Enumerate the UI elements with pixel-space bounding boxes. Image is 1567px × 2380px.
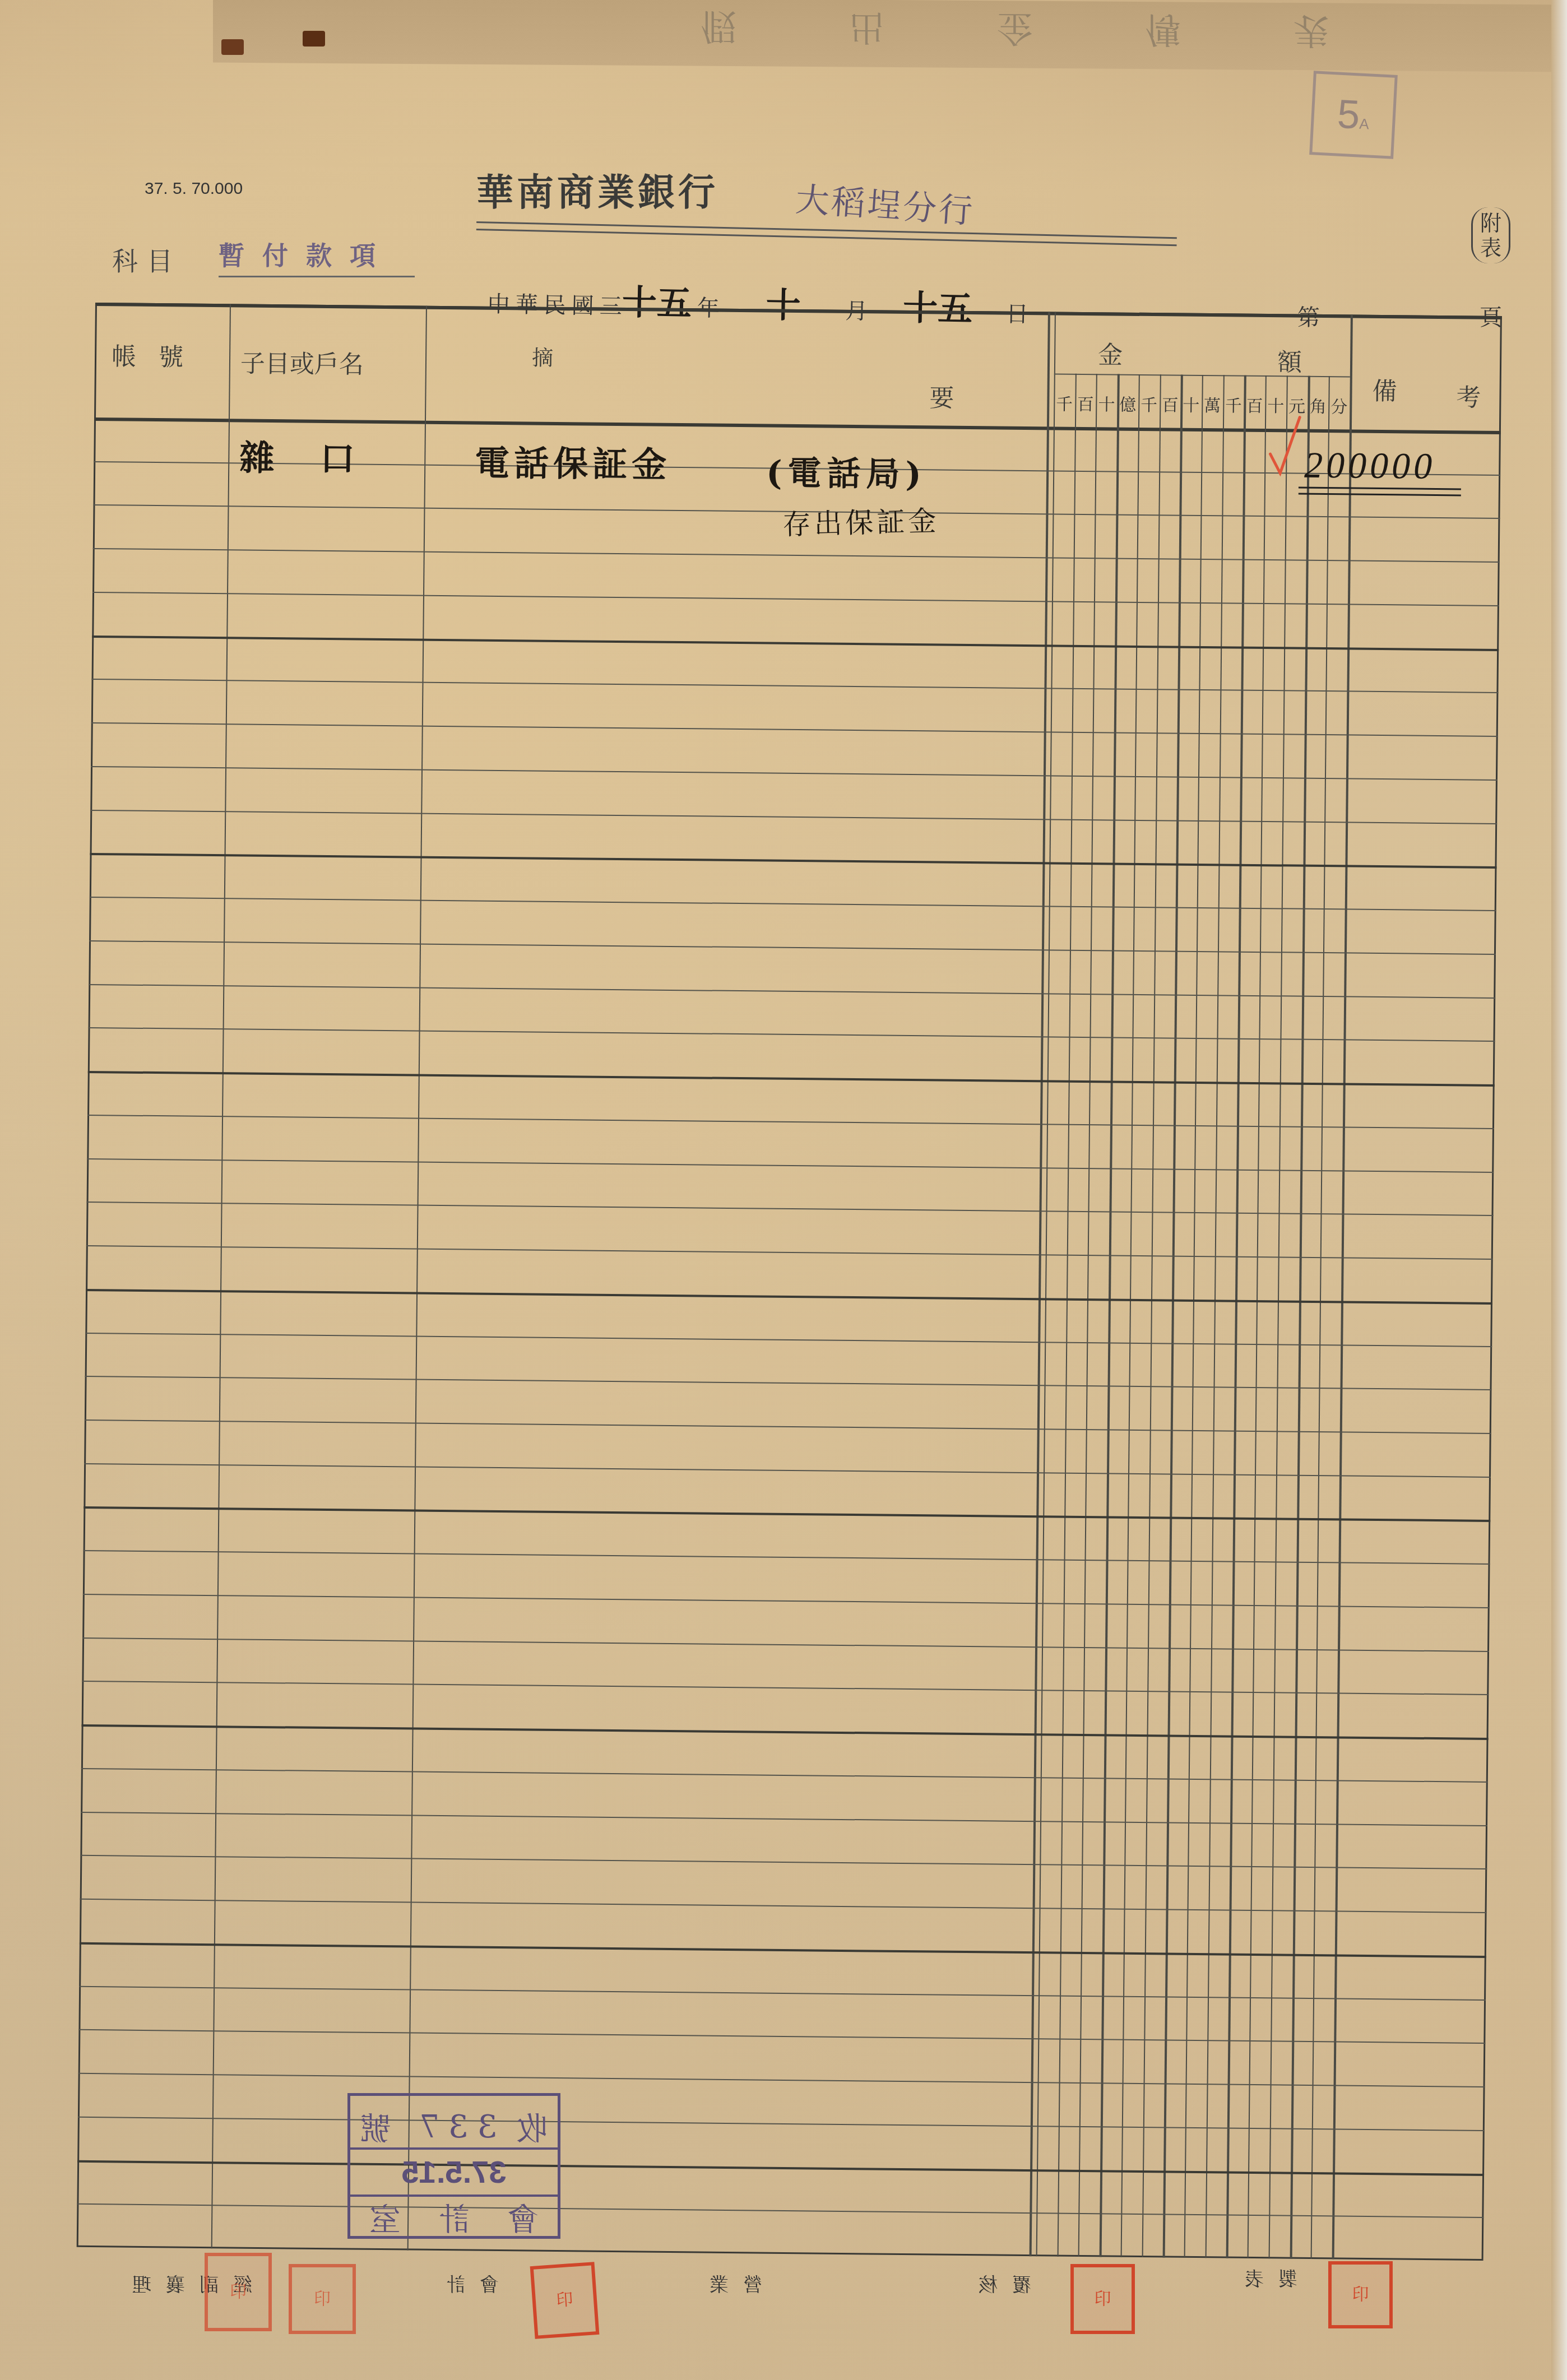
- staple-hole: [221, 39, 244, 55]
- row-1-summary[interactable]: 電話保証金: [475, 435, 671, 487]
- digit-header: 十: [1181, 392, 1201, 416]
- header-summary-2: 要: [929, 378, 954, 414]
- scan-edge: [1551, 0, 1567, 2380]
- digit-header: 百: [1160, 391, 1180, 416]
- digit-header: 十: [1265, 392, 1286, 417]
- bank-name: 華南商業銀行: [476, 163, 718, 216]
- red-seal-manager-2: 印: [289, 2264, 356, 2334]
- receipt-stamp-number-row: 收 337 號: [350, 2107, 558, 2146]
- subject-field: 科目 暫付款項: [112, 241, 182, 278]
- header-sub-account: 子目或戶名: [240, 343, 364, 380]
- digit-header: 十: [1096, 391, 1116, 415]
- digit-header: 角: [1308, 393, 1328, 417]
- header-remarks-1: 備: [1372, 371, 1397, 407]
- form-code: 37. 5. 70.000: [145, 179, 243, 198]
- digit-header: 分: [1329, 393, 1349, 417]
- header-amount-2: 額: [1277, 342, 1302, 378]
- stamp-divider: [350, 2147, 558, 2150]
- bleed-through-text: 假 出 金 傳 表: [701, 3, 1379, 59]
- archive-stamp: 5A: [1309, 71, 1398, 159]
- digit-header: 千: [1223, 392, 1244, 416]
- red-seal-preparer: 印: [1328, 2261, 1393, 2328]
- signature-preparer: 製表: [1230, 2264, 1297, 2291]
- row-1-amount[interactable]: 200000: [1304, 444, 1436, 488]
- digit-header: 億: [1118, 391, 1138, 416]
- subject-label: 科目: [112, 246, 182, 276]
- red-seal-manager-1: 印: [205, 2253, 272, 2331]
- header-amount-1: 金: [1098, 335, 1123, 370]
- voucher-table: 帳號 子目或戶名 摘 要 金 額 備 考 千百十億千百十萬千百十元角分 雜 口 …: [77, 303, 1502, 2261]
- row-1-summary-note[interactable]: (電話局): [766, 447, 928, 497]
- digit-header: 千: [1054, 390, 1074, 415]
- signature-business: 營業: [695, 2270, 762, 2297]
- staple-hole: [303, 31, 325, 47]
- table-border: [77, 303, 1502, 2261]
- receipt-stamp-date: 37.5.15: [350, 2152, 558, 2191]
- signature-accounting: 會計: [432, 2270, 499, 2297]
- red-check-mark-icon: [1268, 415, 1302, 477]
- signature-review: 覆核: [964, 2270, 1031, 2297]
- subject-value[interactable]: 暫付款項: [219, 235, 415, 277]
- header-summary-1: 摘: [532, 340, 554, 371]
- red-seal-review: 印: [1070, 2264, 1135, 2334]
- appendix-label: 附表: [1471, 207, 1510, 263]
- header-account-no: 帳號: [112, 336, 206, 373]
- row-1-sub-account[interactable]: 雜 口: [239, 430, 372, 481]
- header-remarks-2: 考: [1456, 377, 1481, 413]
- digit-header: 百: [1075, 391, 1096, 415]
- overlapping-sheet-strip: 假 出 金 傳 表: [213, 0, 1567, 72]
- amount-total-double-underline: [1299, 487, 1461, 497]
- receipt-stamp-office: 會 計 室: [350, 2198, 558, 2237]
- digit-header: 萬: [1202, 392, 1222, 416]
- row-2-summary[interactable]: 存出保証金: [782, 499, 940, 543]
- digit-header: 百: [1244, 392, 1264, 417]
- digit-header: 千: [1139, 391, 1159, 416]
- red-seal-accounting: 印: [530, 2262, 600, 2339]
- receipt-stamp: 收 337 號 37.5.15 會 計 室: [347, 2093, 560, 2239]
- digit-header: 元: [1287, 392, 1307, 417]
